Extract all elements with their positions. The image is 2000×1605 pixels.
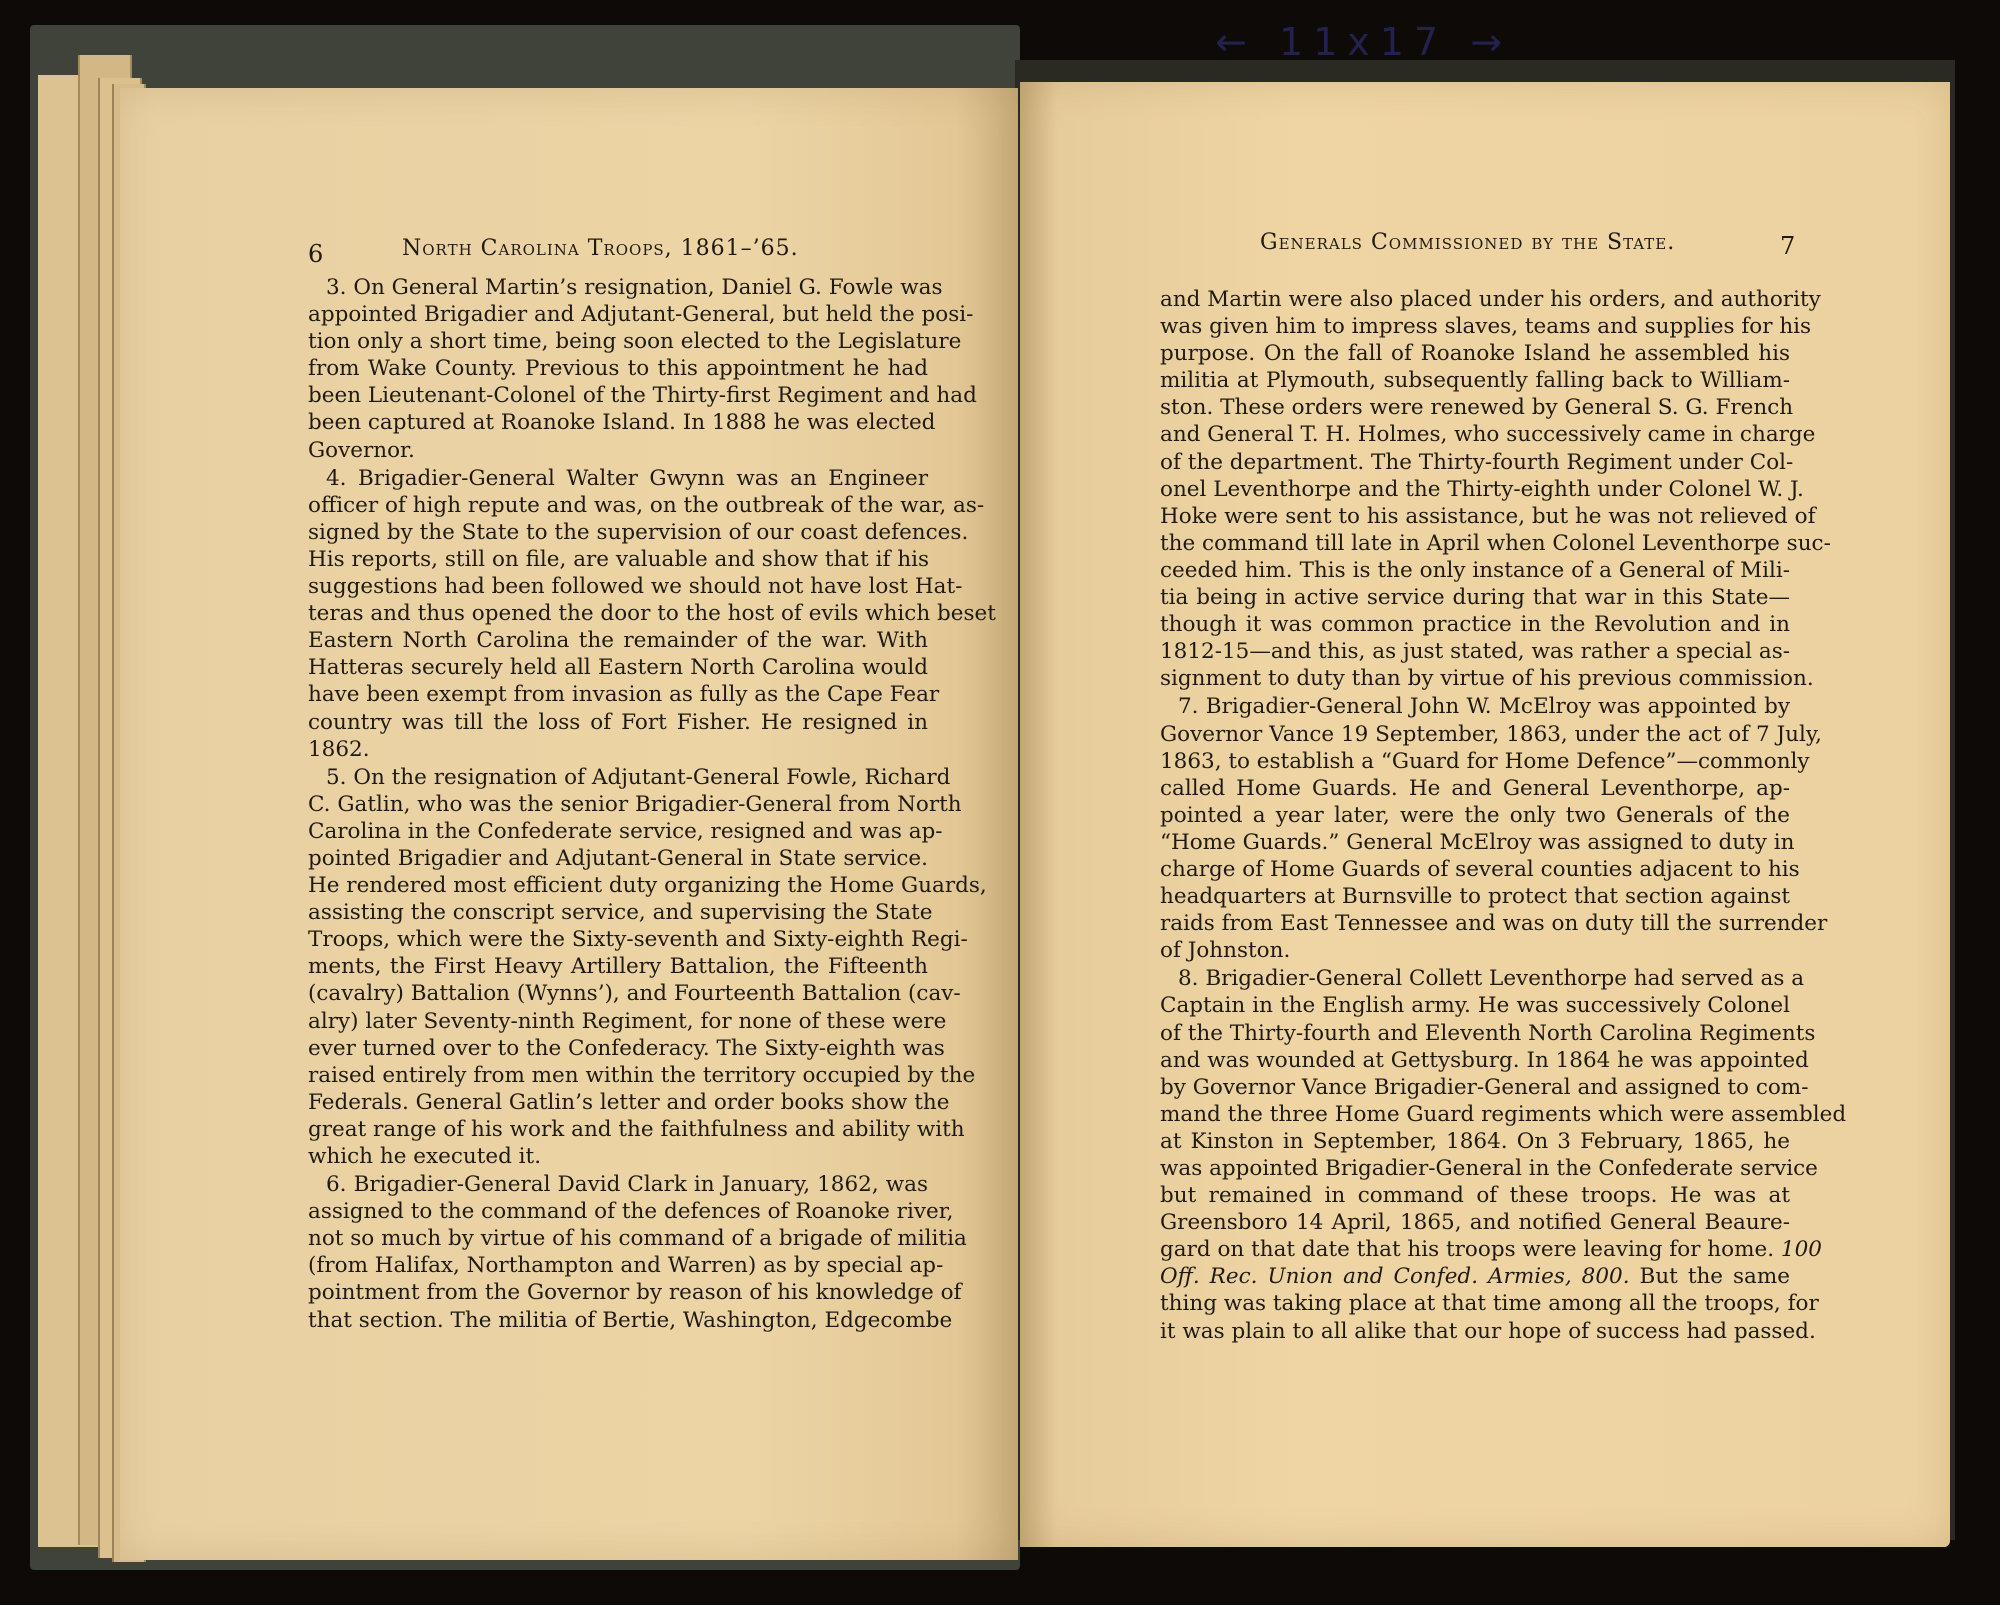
text-line: purpose. On the fall of Roanoke Island h… <box>1160 340 1790 367</box>
text-line: at Kinston in September, 1864. On 3 Febr… <box>1160 1128 1790 1155</box>
text-line: Captain in the English army. He was succ… <box>1160 992 1790 1019</box>
text-line: 1812-15—and this, as just stated, was ra… <box>1160 638 1790 665</box>
text-line: of Johnston. <box>1160 937 1790 964</box>
text-line: ments, the First Heavy Artillery Battali… <box>308 953 928 980</box>
text-line: ston. These orders were renewed by Gener… <box>1160 394 1790 421</box>
text-line: 7. Brigadier-General John W. McElroy was… <box>1160 693 1790 720</box>
paragraph-5: 5. On the resignation of Adjutant-Genera… <box>308 764 928 1170</box>
text-line: was given him to impress slaves, teams a… <box>1160 313 1790 340</box>
text-line: the command till late in April when Colo… <box>1160 530 1790 557</box>
paragraph-continued: and Martin were also placed under his or… <box>1160 286 1790 692</box>
text-line: great range of his work and the faithful… <box>308 1116 928 1143</box>
page-number: 7 <box>1780 232 1795 260</box>
text-line: “Home Guards.” General McElroy was assig… <box>1160 829 1790 856</box>
arrow-right-icon: → <box>1470 20 1512 64</box>
text-line: assigned to the command of the defences … <box>308 1198 928 1225</box>
text-line: ever turned over to the Confederacy. The… <box>308 1035 928 1062</box>
paragraph-8: 8. Brigadier-General Collett Leventhorpe… <box>1160 965 1790 1344</box>
text-line: country was till the loss of Fort Fisher… <box>308 709 928 736</box>
size-note-text: 11x17 <box>1279 20 1448 64</box>
text-line: by Governor Vance Brigadier-General and … <box>1160 1074 1790 1101</box>
text-line: and General T. H. Holmes, who successive… <box>1160 421 1790 448</box>
paragraph-6: 6. Brigadier-General David Clark in Janu… <box>308 1171 928 1334</box>
text-line: though it was common practice in the Rev… <box>1160 611 1790 638</box>
text-line: onel Leventhorpe and the Thirty-eighth u… <box>1160 476 1790 503</box>
text-line: appointed Brigadier and Adjutant-General… <box>308 301 928 328</box>
text-line: that section. The militia of Bertie, Was… <box>308 1307 928 1334</box>
text-line: been captured at Roanoke Island. In 1888… <box>308 409 928 436</box>
text-line: pointed Brigadier and Adjutant-General i… <box>308 845 928 872</box>
text-line: 3. On General Martin’s resignation, Dani… <box>308 274 928 301</box>
text-line: (cavalry) Battalion (Wynns’), and Fourte… <box>308 980 928 1007</box>
text-line: gard on that date that his troops were l… <box>1160 1236 1790 1263</box>
text-line: thing was taking place at that time amon… <box>1160 1290 1790 1317</box>
text-line: tia being in active service during that … <box>1160 584 1790 611</box>
text-line: from Wake County. Previous to this appoi… <box>308 355 928 382</box>
text-line: pointed a year later, were the only two … <box>1160 802 1790 829</box>
text-line: signment to duty than by virtue of his p… <box>1160 665 1790 692</box>
text-line: tion only a short time, being soon elect… <box>308 328 928 355</box>
text-line: headquarters at Burnsville to protect th… <box>1160 883 1790 910</box>
text-line: He rendered most efficient duty organizi… <box>308 872 928 899</box>
text-line: and was wounded at Gettysburg. In 1864 h… <box>1160 1047 1790 1074</box>
text-line: Governor. <box>308 437 928 464</box>
text-line: assisting the conscript service, and sup… <box>308 899 928 926</box>
paragraph-7: 7. Brigadier-General John W. McElroy was… <box>1160 693 1790 964</box>
text-line: C. Gatlin, who was the senior Brigadier-… <box>308 791 928 818</box>
body-text: and Martin were also placed under his or… <box>1160 286 1790 1345</box>
text-line: 5. On the resignation of Adjutant-Genera… <box>308 764 928 791</box>
text-line: 8. Brigadier-General Collett Leventhorpe… <box>1160 965 1790 992</box>
text-line: mand the three Home Guard regiments whic… <box>1160 1101 1790 1128</box>
text-line: Hoke were sent to his assistance, but he… <box>1160 503 1790 530</box>
text-line: officer of high repute and was, on the o… <box>308 492 928 519</box>
arrow-left-icon: ← <box>1215 20 1257 64</box>
text-line: it was plain to all alike that our hope … <box>1160 1318 1790 1345</box>
left-page: 6 North Carolina Troops, 1861–’65. 3. On… <box>120 88 1018 1560</box>
paragraph-3: 3. On General Martin’s resignation, Dani… <box>308 274 928 464</box>
text-line: of the department. The Thirty-fourth Reg… <box>1160 449 1790 476</box>
body-text: 3. On General Martin’s resignation, Dani… <box>308 274 928 1334</box>
text-line: militia at Plymouth, subsequently fallin… <box>1160 367 1790 394</box>
text-line: charge of Home Guards of several countie… <box>1160 856 1790 883</box>
running-head: North Carolina Troops, 1861–’65. <box>402 236 799 261</box>
text-line: Troops, which were the Sixty-seventh and… <box>308 926 928 953</box>
handwritten-size-note: ← 11x17 → <box>1215 20 1512 64</box>
text-line: been Lieutenant-Colonel of the Thirty-fi… <box>308 382 928 409</box>
text-line: called Home Guards. He and General Leven… <box>1160 775 1790 802</box>
text-line: (from Halifax, Northampton and Warren) a… <box>308 1252 928 1279</box>
text-line: raised entirely from men within the terr… <box>308 1062 928 1089</box>
text-line: and Martin were also placed under his or… <box>1160 286 1790 313</box>
text-line: of the Thirty-fourth and Eleventh North … <box>1160 1020 1790 1047</box>
text-line: raids from East Tennessee and was on dut… <box>1160 910 1790 937</box>
text-line: have been exempt from invasion as fully … <box>308 681 928 708</box>
running-head: Generals Commissioned by the State. <box>1260 230 1675 255</box>
text-line: Federals. General Gatlin’s letter and or… <box>308 1089 928 1116</box>
text-line: His reports, still on file, are valuable… <box>308 546 928 573</box>
text-line: alry) later Seventy-ninth Regiment, for … <box>308 1008 928 1035</box>
text-line: Governor Vance 19 September, 1863, under… <box>1160 721 1790 748</box>
text-line: teras and thus opened the door to the ho… <box>308 600 928 627</box>
paragraph-4: 4. Brigadier-General Walter Gwynn was an… <box>308 465 928 763</box>
text-line: which he executed it. <box>308 1143 928 1170</box>
text-line: ceeded him. This is the only instance of… <box>1160 557 1790 584</box>
text-line: Hatteras securely held all Eastern North… <box>308 654 928 681</box>
page-number: 6 <box>308 240 323 268</box>
text-line: Carolina in the Confederate service, res… <box>308 818 928 845</box>
right-page: Generals Commissioned by the State. 7 an… <box>1020 82 1950 1547</box>
text-line: was appointed Brigadier-General in the C… <box>1160 1155 1790 1182</box>
text-line: but remained in command of these troops.… <box>1160 1182 1790 1209</box>
text-line: not so much by virtue of his command of … <box>308 1225 928 1252</box>
text-line: 1863, to establish a “Guard for Home Def… <box>1160 748 1790 775</box>
text-line: Greensboro 14 April, 1865, and notified … <box>1160 1209 1790 1236</box>
text-line: pointment from the Governor by reason of… <box>308 1279 928 1306</box>
text-line: Eastern North Carolina the remainder of … <box>308 627 928 654</box>
text-line: 6. Brigadier-General David Clark in Janu… <box>308 1171 928 1198</box>
text-line: Off. Rec. Union and Confed. Armies, 800.… <box>1160 1263 1790 1290</box>
text-line: 1862. <box>308 736 928 763</box>
text-line: signed by the State to the supervision o… <box>308 519 928 546</box>
text-line: suggestions had been followed we should … <box>308 573 928 600</box>
text-line: 4. Brigadier-General Walter Gwynn was an… <box>308 465 928 492</box>
